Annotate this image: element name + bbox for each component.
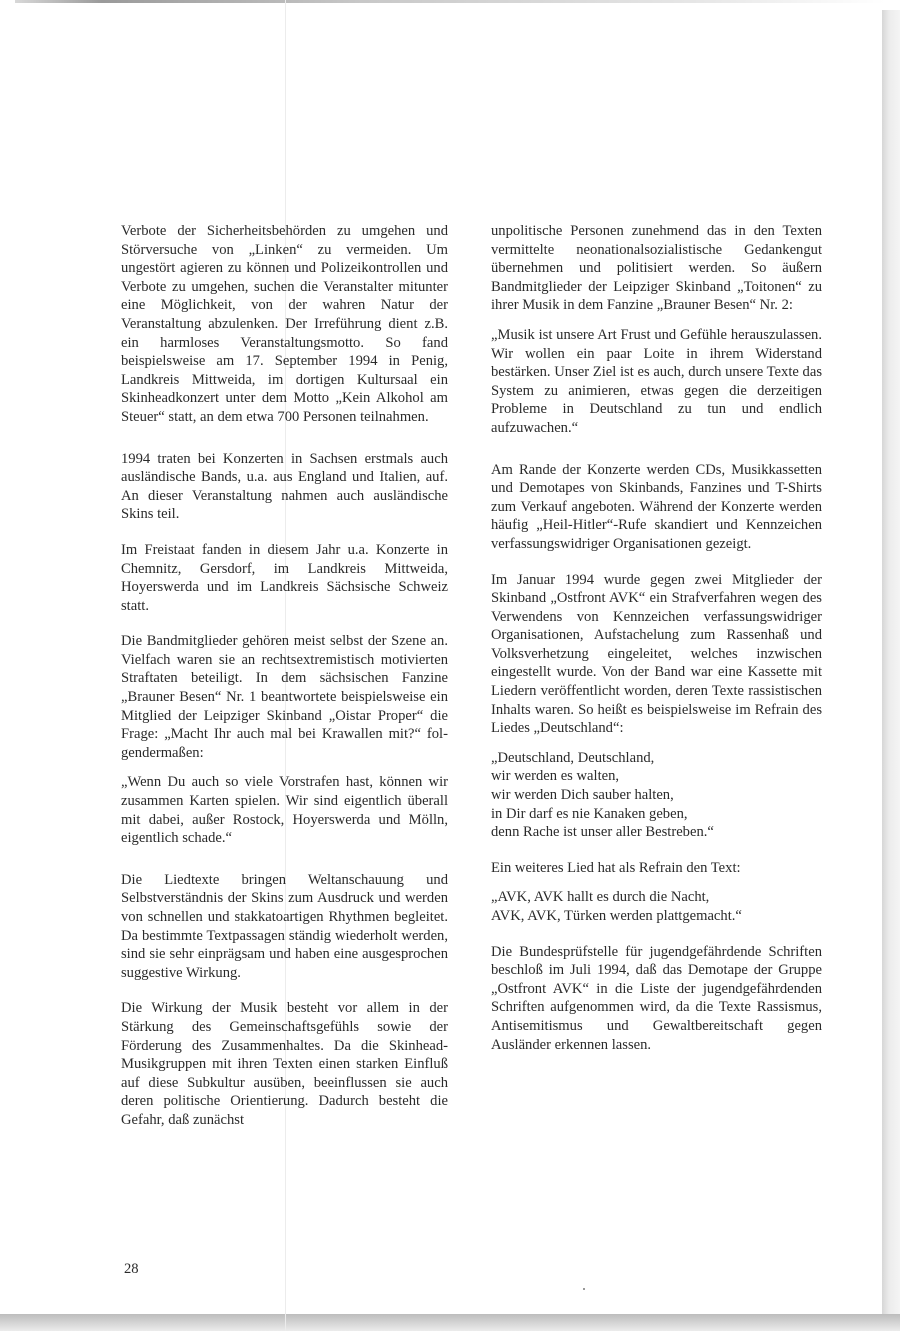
verse-2-intro: Ein weiteres Lied hat als Refrain den Te… xyxy=(491,859,822,878)
paragraph-ostfront-avk: Im Januar 1994 wurde gegen zwei Mitglied… xyxy=(491,571,822,738)
scan-edge-right xyxy=(882,10,900,1331)
quote-oistar-proper: „Wenn Du auch so viele Vorstrafen hast, … xyxy=(121,773,448,847)
paragraph-song-lyrics: Die Liedtexte bringen Weltanschauung und… xyxy=(121,871,448,983)
quote-toitonen: „Musik ist unsere Art Frust und Gefühle … xyxy=(491,326,822,438)
paragraph-concert-locations: Im Freistaat fanden in diesem Jahr u.a. … xyxy=(121,541,448,615)
paragraph-music-effect: Die Wirkung der Musik besteht vor allem … xyxy=(121,999,448,1129)
verse-line: „Deutschland, Deutschland, xyxy=(491,749,822,768)
verse-line: AVK, AVK, Türken werden plattgemacht.“ xyxy=(491,907,822,926)
verse-line: in Dir darf es nie Kanaken geben, xyxy=(491,805,822,824)
left-column: Verbote der Sicherheitsbehörden zu umgeh… xyxy=(121,222,448,1130)
verse-line: wir werden Dich sauber halten, xyxy=(491,786,822,805)
scan-edge-top xyxy=(15,0,885,3)
scan-edge-bottom xyxy=(0,1314,900,1331)
verse-deutschland: „Deutschland, Deutschland, wir werden es… xyxy=(491,749,822,842)
verse-avk: „AVK, AVK hallt es durch die Nacht, AVK,… xyxy=(491,888,822,925)
right-column: unpolitische Personen zunehmend das in d… xyxy=(491,222,822,1054)
verse-line: wir werden es walten, xyxy=(491,767,822,786)
paragraph-bundespruefstelle: Die Bundesprüfstelle für jugendgefährden… xyxy=(491,943,822,1055)
verse-line: „AVK, AVK hallt es durch die Nacht, xyxy=(491,888,822,907)
scan-speck xyxy=(583,1288,585,1290)
paragraph-politicization: unpolitische Personen zunehmend das in d… xyxy=(491,222,822,315)
paragraph-merchandise: Am Rande der Konzerte werden CDs, Musikk… xyxy=(491,461,822,554)
page-number: 28 xyxy=(124,1261,139,1278)
paragraph-band-members: Die Bandmitglieder gehören meist selbst … xyxy=(121,632,448,762)
verse-line: denn Rache ist unser aller Bestreben.“ xyxy=(491,823,822,842)
paragraph-event-camouflage: Verbote der Sicherheitsbehörden zu umgeh… xyxy=(121,222,448,427)
paragraph-foreign-bands: 1994 traten bei Konzerten in Sachsen ers… xyxy=(121,450,448,524)
